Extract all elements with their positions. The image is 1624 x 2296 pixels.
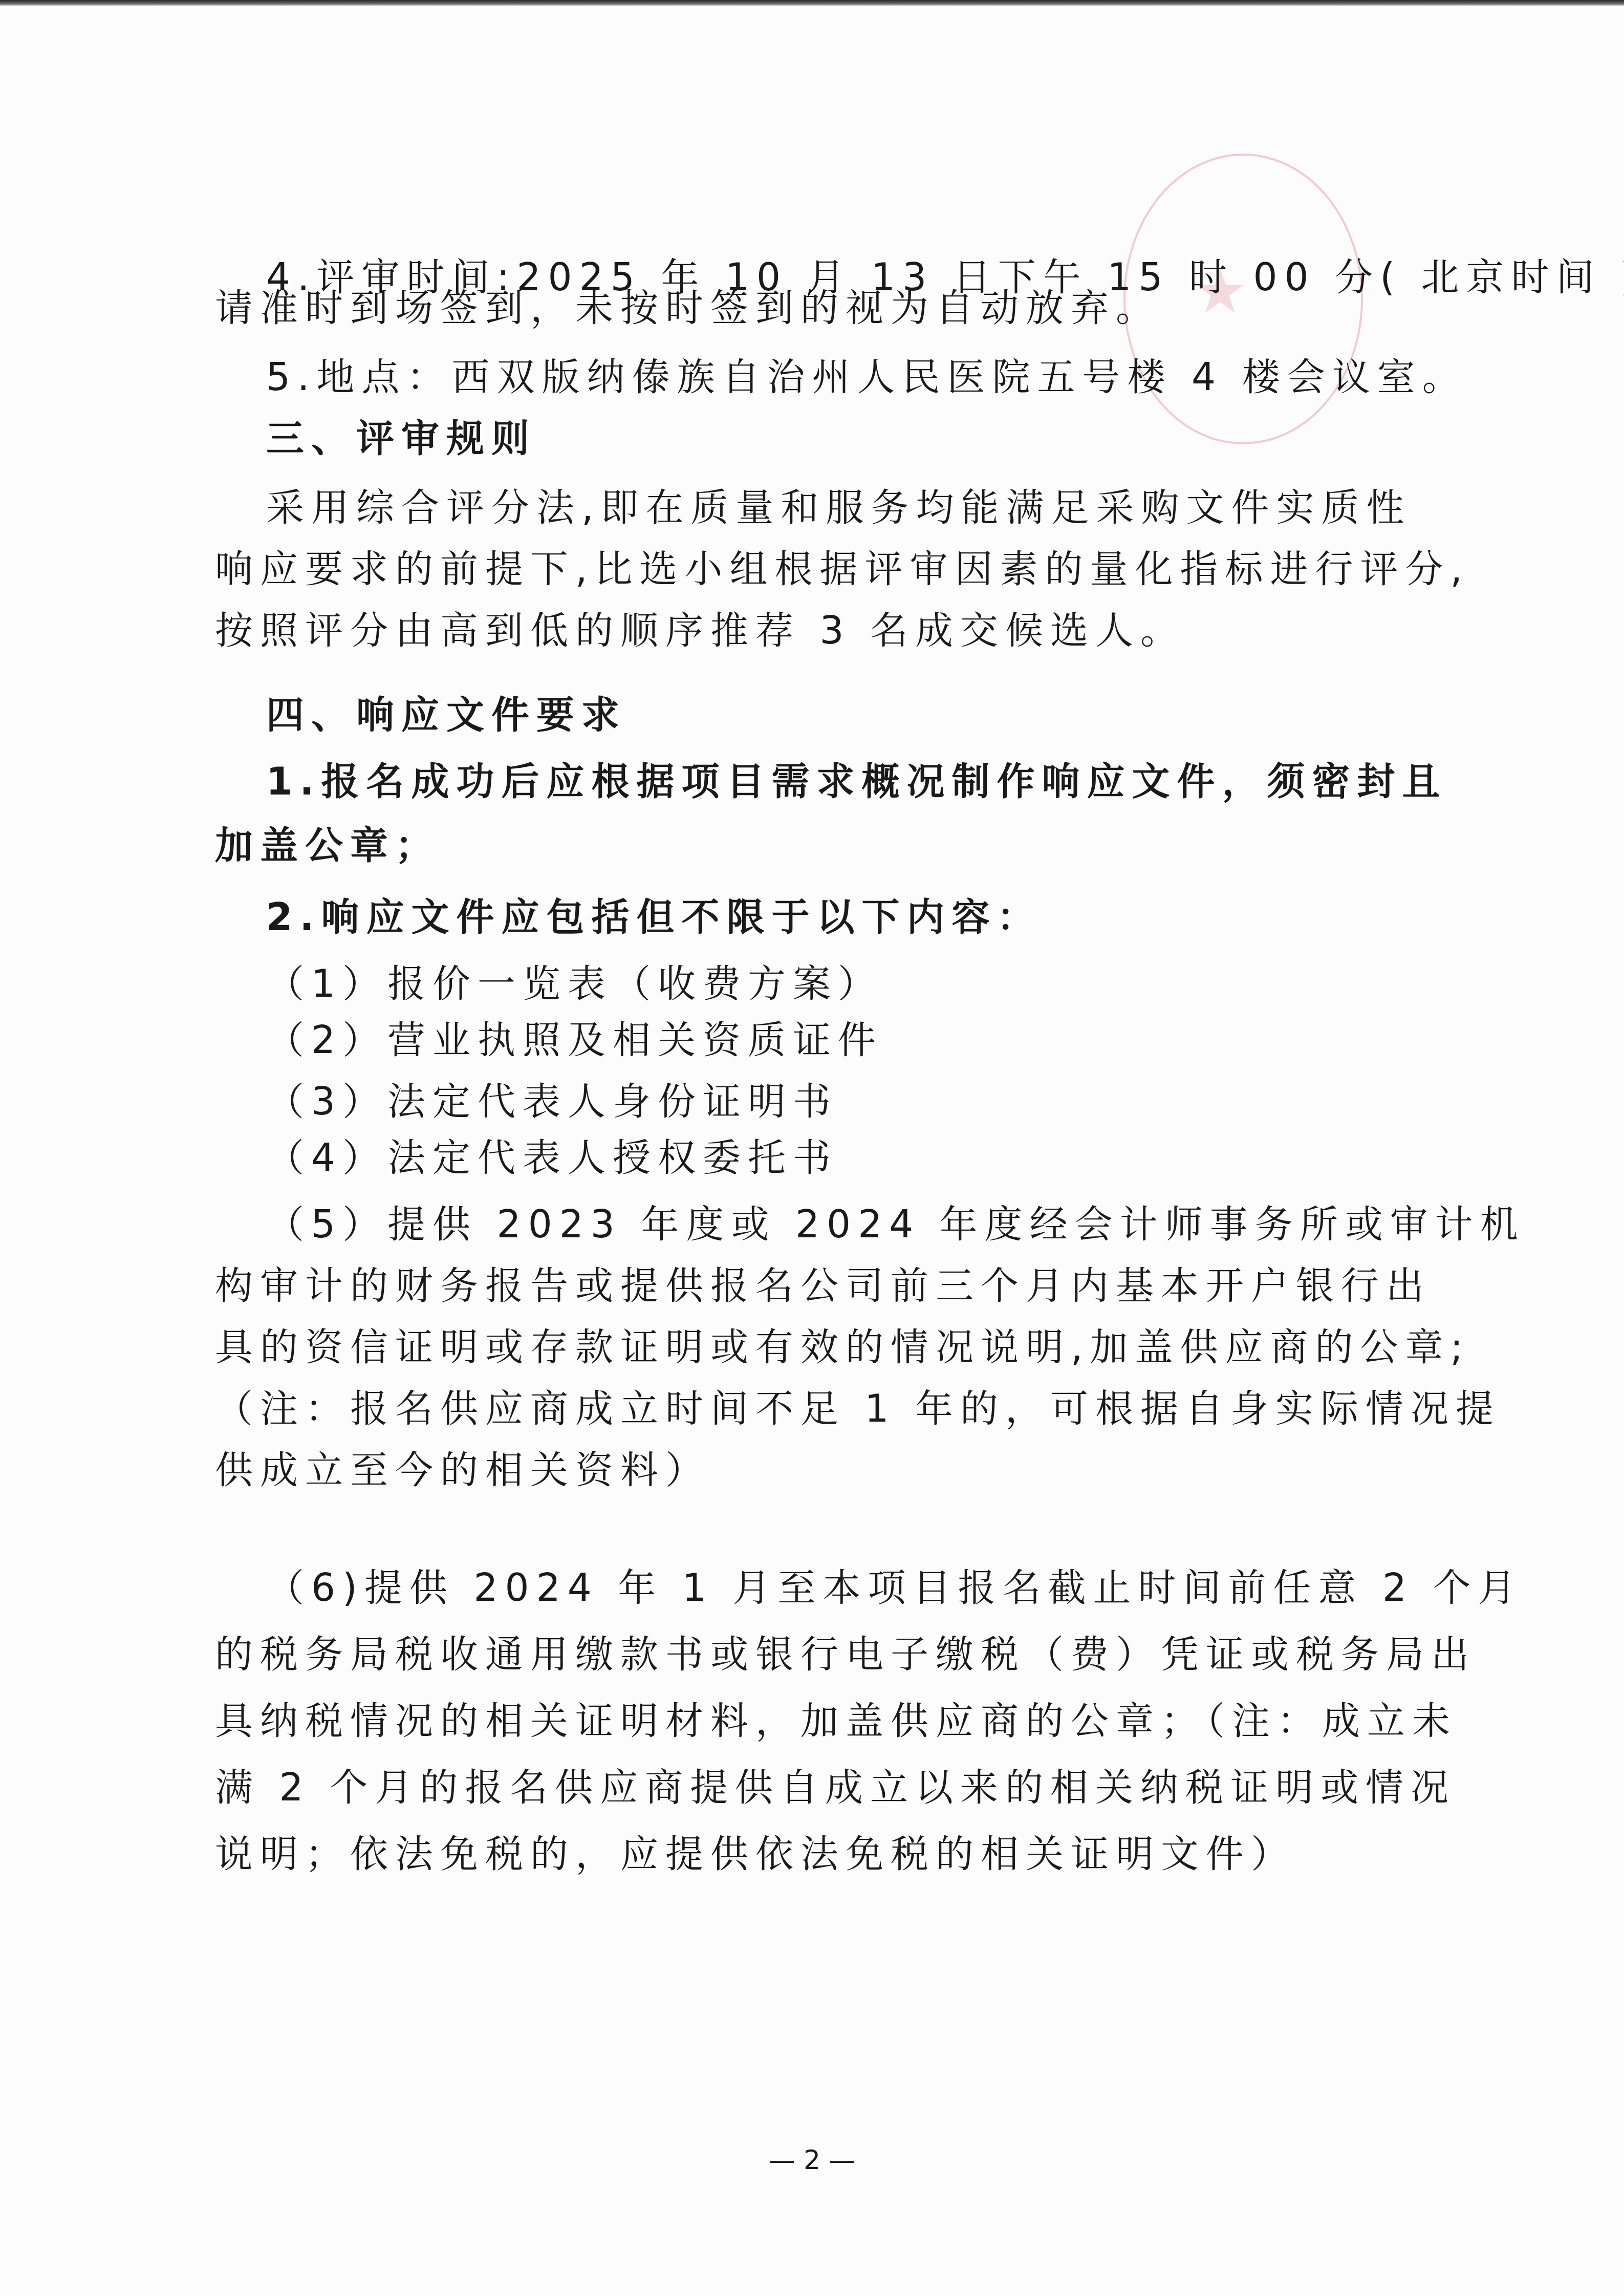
item5-line-3: 具的资信证明或存款证明或有效的情况说明,加盖供应商的公章; — [215, 1328, 1470, 1366]
item5-line-2: 构审计的财务报告或提供报名公司前三个月内基本开户银行出 — [215, 1267, 1431, 1305]
location-line: 5.地点：西双版纳傣族自治州人民医院五号楼 4 楼会议室。 — [266, 358, 1467, 396]
req2-line: 2.响应文件应包括但不限于以下内容： — [266, 898, 1042, 936]
item6-line-2: 的税务局税收通用缴款书或银行电子缴税（费）凭证或税务局出 — [215, 1636, 1476, 1673]
item5-line-1: （5）提供 2023 年度或 2024 年度经会计师事务所或审计机 — [266, 1206, 1525, 1243]
req1-line-1: 1.报名成功后应根据项目需求概况制作响应文件，须密封且 — [266, 763, 1447, 801]
item-1: （1）报价一览表（收费方案） — [266, 965, 883, 1003]
item5-line-5: 供成立至今的相关资料） — [215, 1451, 710, 1489]
item-4: （4）法定代表人授权委托书 — [266, 1139, 838, 1177]
section4-heading: 四、响应文件要求 — [266, 696, 626, 734]
item-3: （3）法定代表人身份证明书 — [266, 1083, 838, 1121]
section3-heading: 三、评审规则 — [266, 420, 536, 458]
item6-line-5: 说明；依法免税的，应提供依法免税的相关证明文件） — [215, 1835, 1296, 1873]
review-time-line-2: 请准时到场签到，未按时签到的视为自动放弃。 — [215, 289, 1161, 327]
req1-line-2: 加盖公章； — [215, 827, 440, 865]
item6-line-4: 满 2 个月的报名供应商提供自成立以来的相关纳税证明或情况 — [215, 1769, 1456, 1807]
scan-top-edge — [0, 0, 1624, 6]
item-2: （2）营业执照及相关资质证件 — [266, 1021, 883, 1059]
section3-body-line-2: 响应要求的前提下,比选小组根据评审因素的量化指标进行评分, — [215, 550, 1469, 588]
item6-line-3: 具纳税情况的相关证明材料，加盖供应商的公章；（注：成立未 — [215, 1702, 1457, 1740]
page-number: — 2 — — [0, 2145, 1624, 2176]
item6-line-1: （6)提供 2024 年 1 月至本项目报名截止时间前任意 2 个月 — [266, 1569, 1523, 1607]
section3-body-line-3: 按照评分由高到低的顺序推荐 3 名成交候选人。 — [215, 612, 1185, 650]
item5-line-4: （注：报名供应商成立时间不足 1 年的，可根据自身实际情况提 — [215, 1390, 1501, 1428]
section3-body-line-1: 采用综合评分法,即在质量和服务均能满足采购文件实质性 — [266, 489, 1412, 527]
